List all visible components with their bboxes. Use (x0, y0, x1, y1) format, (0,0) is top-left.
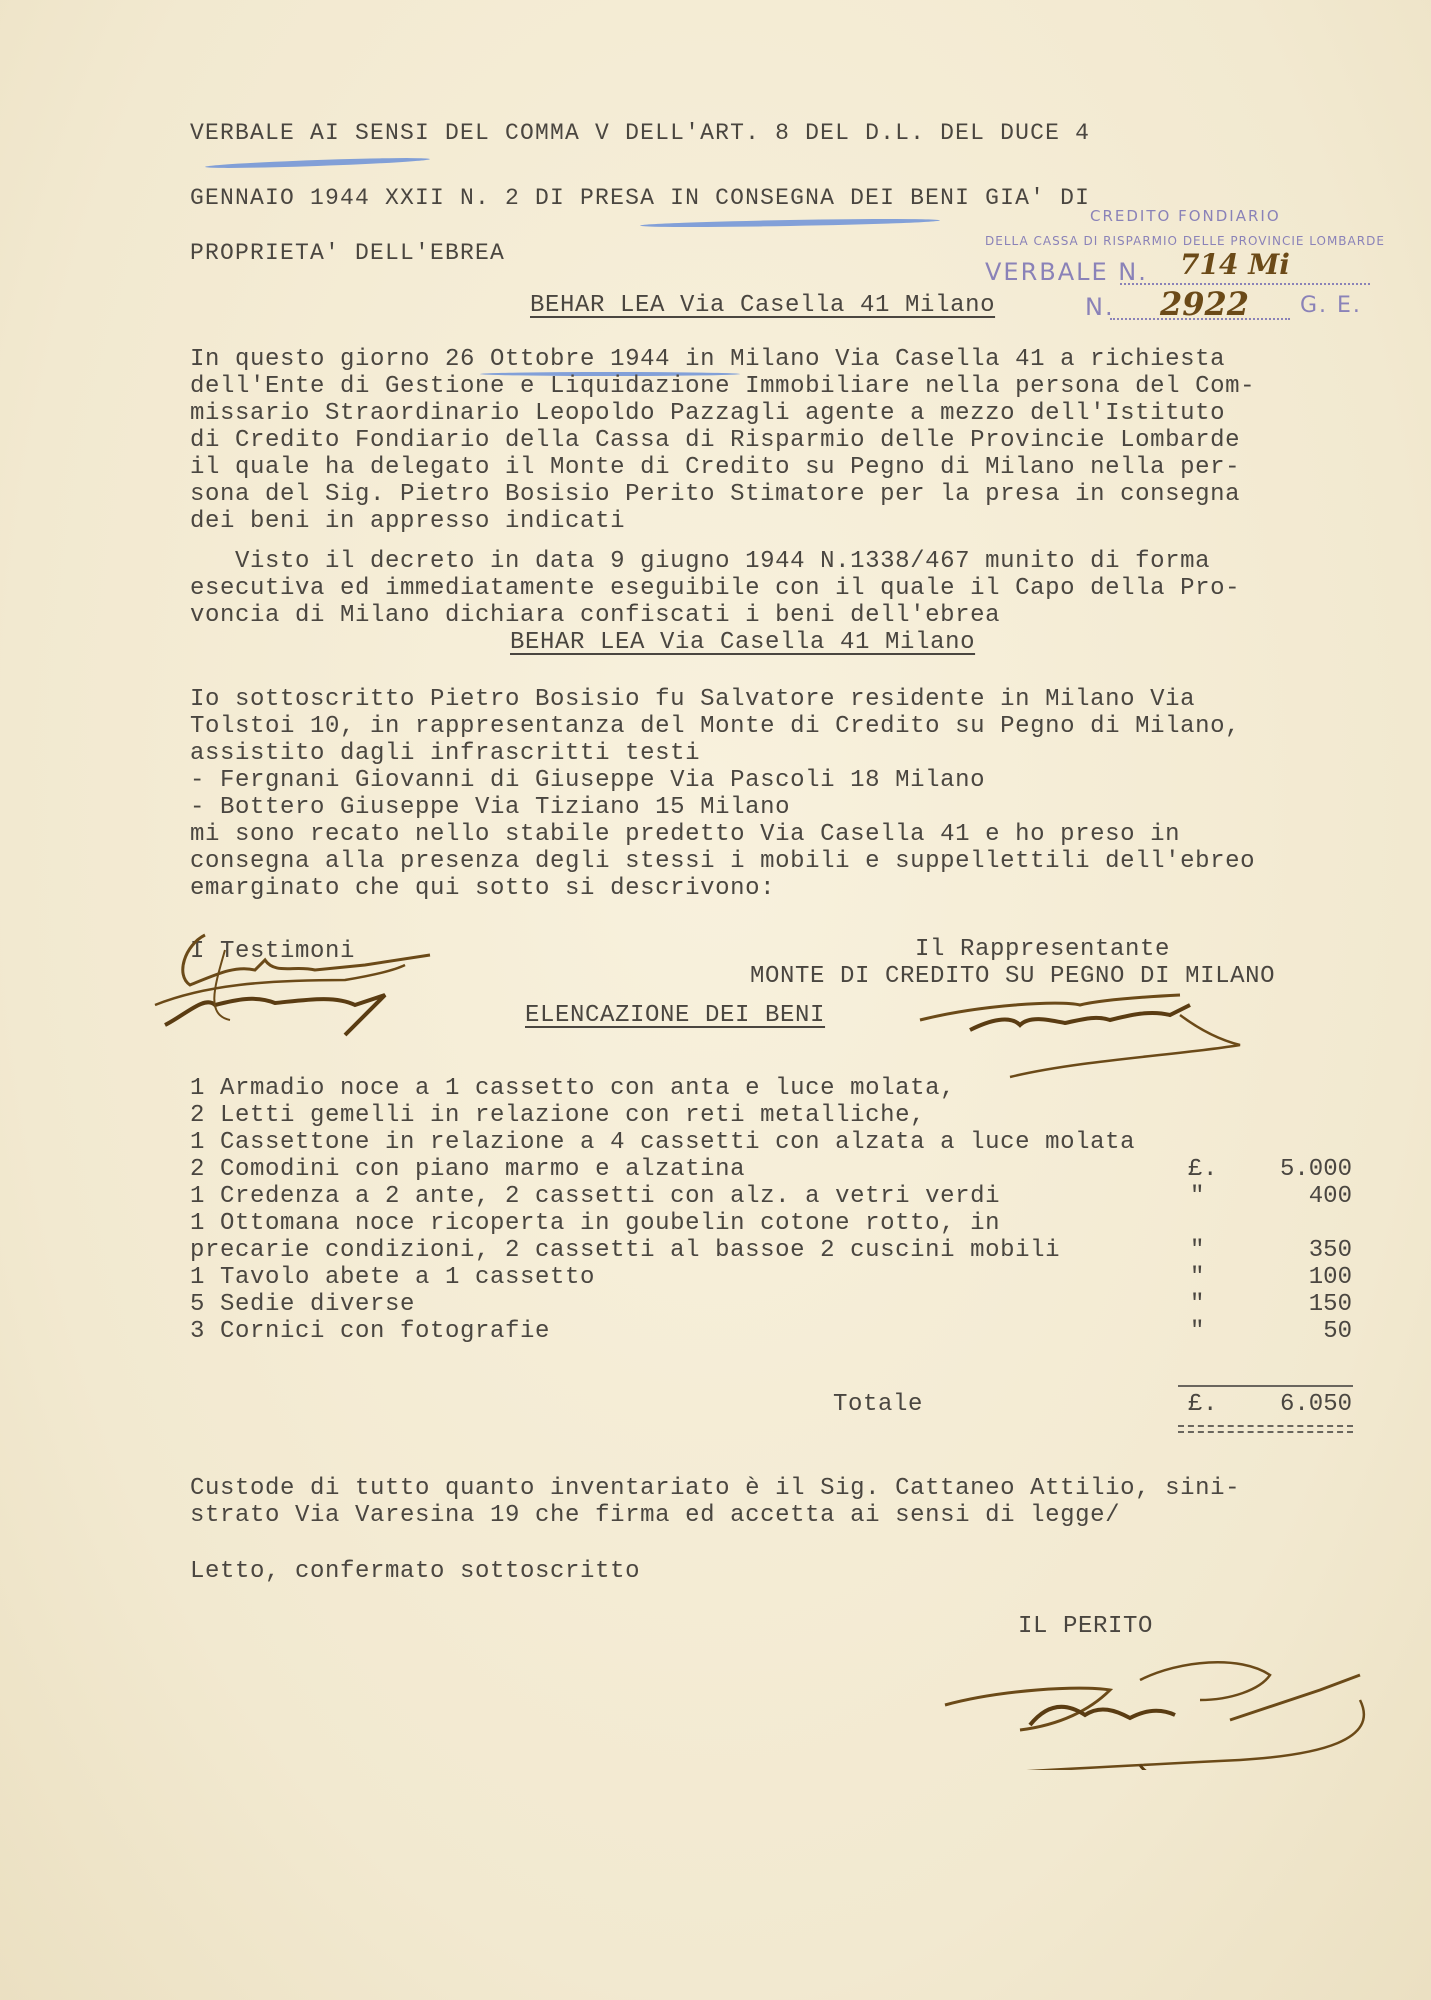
paragraph-2-line: - Fergnani Giovanni di Giuseppe Via Pasc… (190, 767, 985, 794)
paragraph-1-line: Visto il decreto in data 9 giugno 1944 N… (190, 548, 1210, 575)
item-amount: 350 (1250, 1237, 1352, 1264)
ditto-marker: " (1190, 1183, 1205, 1210)
title-line-1: VERBALE AI SENSI DEL COMMA V DELL'ART. 8… (190, 120, 1090, 147)
paragraph-2-line: Tolstoi 10, in rappresentanza del Monte … (190, 713, 1240, 740)
paragraph-1-line: dell'Ente di Gestione e Liquidazione Imm… (190, 373, 1255, 400)
stamp-verbale-label: VERBALE N. (985, 258, 1148, 286)
subject-heading: BEHAR LEA Via Casella 41 Milano (530, 292, 995, 319)
inventory-title: ELENCAZIONE DEI BENI (525, 1002, 825, 1029)
inventory-item: 1 Credenza a 2 ante, 2 cassetti con alz.… (190, 1183, 1000, 1210)
paragraph-2-line: emarginato che qui sotto si descrivono: (190, 875, 775, 902)
total-currency: £. (1188, 1391, 1218, 1418)
paragraph-1-line: sona del Sig. Pietro Bosisio Perito Stim… (190, 481, 1240, 508)
paragraph-2-line: Io sottoscritto Pietro Bosisio fu Salvat… (190, 686, 1195, 713)
inventory-item: 2 Letti gemelli in relazione con reti me… (190, 1102, 925, 1129)
custody-line: Custode di tutto quanto inventariato è i… (190, 1475, 1240, 1502)
paragraph-1-line: di Credito Fondiario della Cassa di Risp… (190, 427, 1240, 454)
stamp-line-1: CREDITO FONDIARIO (1090, 207, 1281, 225)
stamp-line-2: DELLA CASSA DI RISPARMIO DELLE PROVINCIE… (985, 234, 1385, 248)
inventory-item: 1 Ottomana noce ricoperta in goubelin co… (190, 1210, 1000, 1237)
title-line-3: PROPRIETA' DELL'EBREA (190, 240, 505, 267)
paragraph-2-line: - Bottero Giuseppe Via Tiziano 15 Milano (190, 794, 790, 821)
paragraph-1-line: dei beni in appresso indicati (190, 508, 625, 535)
inventory-item: 1 Cassettone in relazione a 4 cassetti c… (190, 1129, 1135, 1156)
currency-marker: £. (1188, 1156, 1218, 1183)
representative-label: Il Rappresentante (915, 936, 1170, 963)
paragraph-2-line: consegna alla presenza degli stessi i mo… (190, 848, 1255, 875)
pratica-number-handwritten: 2922 (1160, 285, 1249, 323)
stamp-ge-suffix: G. E. (1300, 293, 1362, 318)
ditto-marker: " (1190, 1318, 1205, 1345)
paragraph-1-line: esecutiva ed immediatamente eseguibile c… (190, 575, 1240, 602)
total-double-rule (1178, 1425, 1353, 1427)
total-double-rule (1178, 1431, 1353, 1433)
paragraph-2-line: mi sono recato nello stabile predetto Vi… (190, 821, 1180, 848)
subject-heading-repeat: BEHAR LEA Via Casella 41 Milano (510, 629, 975, 656)
paragraph-1-line: il quale ha delegato il Monte di Credito… (190, 454, 1240, 481)
item-amount: 400 (1250, 1183, 1352, 1210)
inventory-item: 1 Tavolo abete a 1 cassetto (190, 1264, 595, 1291)
item-amount: 5.000 (1250, 1156, 1352, 1183)
ditto-marker: " (1190, 1291, 1205, 1318)
paragraph-1-line: voncia di Milano dichiara confiscati i b… (190, 602, 1000, 629)
item-amount: 100 (1250, 1264, 1352, 1291)
ditto-marker: " (1190, 1237, 1205, 1264)
inventory-item: 5 Sedie diverse (190, 1291, 415, 1318)
blue-pencil-mark (640, 217, 940, 228)
title-line-2: GENNAIO 1944 XXII N. 2 DI PRESA IN CONSE… (190, 185, 1090, 212)
inventory-item: 1 Armadio noce a 1 cassetto con anta e l… (190, 1075, 955, 1102)
blue-pencil-mark (205, 156, 430, 170)
custody-line: strato Via Varesina 19 che firma ed acce… (190, 1502, 1120, 1529)
ditto-marker: " (1190, 1264, 1205, 1291)
inventory-item: 3 Cornici con fotografie (190, 1318, 550, 1345)
paragraph-1-line: In questo giorno 26 Ottobre 1944 in Mila… (190, 346, 1225, 373)
inventory-item: 2 Comodini con piano marmo e alzatina (190, 1156, 745, 1183)
verbale-number-handwritten: 714 Mi (1180, 248, 1290, 281)
closing-statement: Letto, confermato sottoscritto (190, 1558, 640, 1585)
total-amount: 6.050 (1250, 1391, 1352, 1418)
inventory-item: precarie condizioni, 2 cassetti al basso… (190, 1237, 1060, 1264)
total-rule-top (1178, 1385, 1353, 1387)
total-label: Totale (833, 1391, 923, 1418)
item-amount: 150 (1250, 1291, 1352, 1318)
document-page: VERBALE AI SENSI DEL COMMA V DELL'ART. 8… (0, 0, 1431, 2000)
item-amount: 50 (1250, 1318, 1352, 1345)
paragraph-1-line: missario Straordinario Leopoldo Pazzagli… (190, 400, 1225, 427)
stamp-pratica-label: N. (1085, 293, 1115, 321)
paragraph-2-line: assistito dagli infrascritti testi (190, 740, 700, 767)
